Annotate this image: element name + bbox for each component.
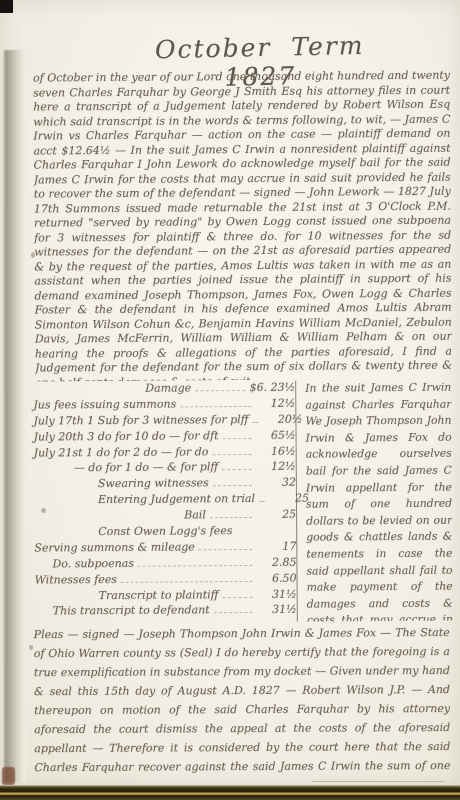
leader-line [223,438,252,439]
leader-line [252,422,258,423]
fee-label: Transcript to plaintiff [99,588,219,602]
leader-line [195,390,245,391]
fee-row: Entering Judgement on trial 25 [34,492,296,510]
fee-row: This transcript to defendant 31½ [35,603,297,621]
fee-label: Do. subpoenas [52,557,134,571]
leader-line [138,565,253,567]
fee-label: — do for 1 do — & for plff [74,461,218,475]
leader-line [199,549,253,550]
fee-row: Witnesses fees 6.50 [34,571,296,589]
binding-shadow [2,50,29,782]
leader-line [210,517,252,518]
leader-line [259,501,265,502]
fee-label: Bail [184,508,206,521]
fee-label: Witnesses fees [34,573,116,587]
fee-label: July 21st 1 do for 2 do — for do [34,445,209,459]
fee-label: July 20th 3 do for 10 do — for dft [33,429,218,443]
fee-label: July 17th 1 Sub for 3 witnesses for plff [33,413,248,428]
closing-paragraph: Pleas — signed — Joseph Thompson John Ir… [34,623,451,777]
fee-amount: 2.85 [256,555,296,568]
leader-line [121,581,253,583]
ink-speck [29,645,33,650]
fee-row: Transcript to plaintiff 31½ [35,587,297,605]
pencil-underline [312,781,444,782]
fee-row: July 20th 3 do for 10 do — for dft 65½ [33,428,295,446]
fee-label: Jus fees issuing summons [33,397,176,411]
fee-table: Damage $6. 23½ Jus fees issuing summons … [33,381,297,624]
leader-line [212,454,251,455]
fee-row: July 17th 1 Sub for 3 witnesses for plff… [33,412,295,430]
leader-line [222,597,252,598]
fees-and-bail-columns: Damage $6. 23½ Jus fees issuing summons … [33,380,453,624]
fee-label: Damage [145,381,191,394]
fee-row: July 21st 1 do for 2 do — for do 16½ [34,444,296,462]
fee-label: Const Owen Logg's fees [98,524,232,538]
fee-row: Const Owen Logg's fees [34,524,296,542]
fee-amount: 31½ [257,603,297,616]
fee-amount: 6.50 [256,571,296,584]
bottom-band [0,785,460,800]
fee-label: Swearing witnesses [98,477,209,491]
fee-label: Serving summons & mileage [34,540,195,554]
fee-amount: 16½ [256,444,296,457]
fee-amount: 12½ [256,460,296,473]
fee-row: Jus fees issuing summons 12½ [33,397,295,415]
leader-line [222,469,252,470]
bail-note-paragraph: In the suit James C Irwin against Charle… [295,380,453,622]
fee-row: — do for 1 do — & for plff 12½ [34,460,296,478]
fee-row: Damage $6. 23½ [33,381,295,399]
fee-amount: 17 [256,540,296,553]
red-stain [2,767,15,785]
document-scan: October Term 1827 of October in the year… [0,0,460,800]
fee-row: Serving summons & mileage 17 [34,540,296,558]
fee-row: Swearing witnesses 32 [34,476,296,494]
leader-line [213,485,252,486]
corner-mark [0,0,13,13]
fee-label: This transcript to defendant [53,604,210,618]
opening-paragraph: of October in the year of our Lord one t… [33,69,452,382]
fee-amount: 65½ [255,428,295,441]
fee-label: Entering Judgement on trial [98,492,255,506]
fee-amount: 25 [256,508,296,521]
fee-amount: 31½ [257,587,297,600]
fee-amount: 12½ [255,397,295,410]
leader-line [214,612,253,613]
fee-row: Bail 25 [34,508,296,526]
leader-line [180,406,251,407]
fee-amount: $6. 23½ [250,381,296,394]
fee-row: Do. subpoenas 2.85 [34,555,296,573]
fee-amount: 32 [256,476,296,489]
